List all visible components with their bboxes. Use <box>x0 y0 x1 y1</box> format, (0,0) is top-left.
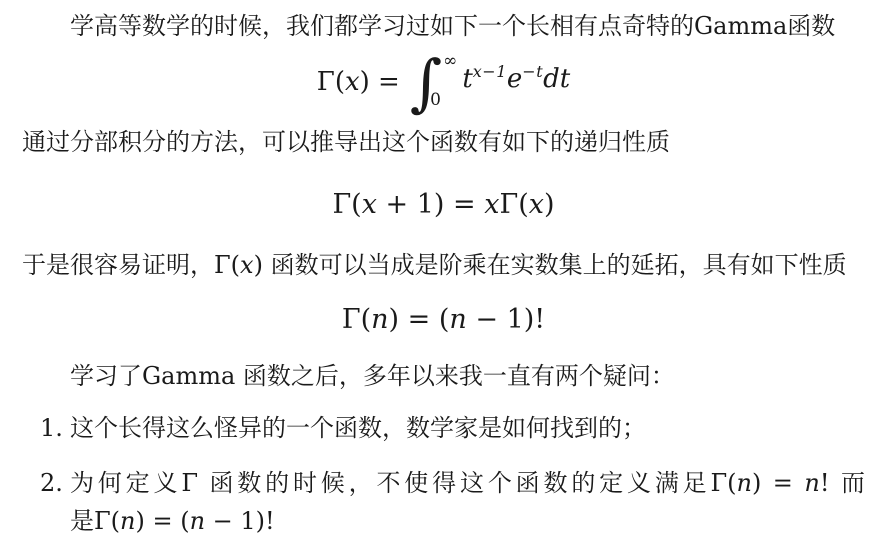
integral-upper-limit-infinity: ∞ <box>443 53 457 70</box>
math-var-x: x <box>240 251 254 279</box>
inline-math-gamma-x: Γ(x) <box>214 251 263 279</box>
math-differential-dt: dt <box>543 64 570 94</box>
list-item-2: 2. 为何定义Γ 函数的时候，不使得这个函数的定义满足Γ(n) = n! 而 是… <box>22 467 865 538</box>
math-gamma-open-paren: Γ( <box>332 189 361 220</box>
math-var-x: x <box>345 67 360 97</box>
list-item-2-line-2: 是Γ(n) = (n − 1)! <box>70 505 865 537</box>
math-minus-one-factorial: − 1)! <box>467 304 545 335</box>
paragraph-factorial-extension: 于是很容易证明，Γ(x) 函数可以当成是阶乘在实数集上的延拓，具有如下性质 <box>22 249 865 281</box>
math-gamma-open-paren: Γ( <box>499 189 528 220</box>
text-run: 于是很容易证明， <box>22 251 214 279</box>
math-var-x: x <box>529 189 544 220</box>
math-var-x: x <box>484 189 499 220</box>
integral-limits: ∞ 0 <box>442 50 456 115</box>
math-var-t: t <box>462 64 472 94</box>
math-close-paren: ) <box>544 189 555 220</box>
math-factorial-bang: ! <box>820 469 830 497</box>
formula-recurrence: Γ(x + 1) = xΓ(x) <box>22 187 865 223</box>
math-gamma-open-paren: Γ( <box>317 67 345 97</box>
list-item-1: 1. 这个长得这么怪异的一个函数，数学家是如何找到的； <box>22 412 865 444</box>
inline-math-gamma-symbol: Γ <box>181 469 198 497</box>
math-minus-one-factorial: − 1)! <box>205 507 275 535</box>
math-gamma-open-paren: Γ( <box>342 304 371 335</box>
math-var-n: n <box>371 304 388 335</box>
list-item-1-number: 1. <box>40 412 63 444</box>
math-var-n: n <box>737 469 752 497</box>
math-plus-one-equals: + 1) = <box>377 189 484 220</box>
text-run: 函数的时候，不使得这个函数的定义满足 <box>198 469 711 497</box>
formula-integrand: tx−1e−tdt <box>462 62 570 94</box>
math-var-n: n <box>804 469 819 497</box>
text-run: 为何定义 <box>70 469 181 497</box>
paragraph-questions-intro: 学习了Gamma 函数之后，多年以来我一直有两个疑问： <box>22 360 865 392</box>
formula-factorial-identity: Γ(n) = (n − 1)! <box>22 302 865 338</box>
math-equals: ) = <box>752 469 804 497</box>
list-item-2-number: 2. <box>40 467 63 499</box>
math-var-n: n <box>190 507 205 535</box>
list-item-2-line-1: 为何定义Γ 函数的时候，不使得这个函数的定义满足Γ(n) = n! 而 <box>70 467 865 499</box>
formula-gamma-definition: Γ(x) = ∫ ∞ 0 tx−1e−tdt <box>22 46 865 118</box>
math-gamma-open-paren: Γ( <box>94 507 120 535</box>
math-close-paren: ) <box>254 251 263 279</box>
math-var-x: x <box>362 189 377 220</box>
math-exponent-minus-t: −t <box>522 62 543 81</box>
math-equals-open-paren: ) = ( <box>135 507 189 535</box>
math-close-paren-equals: ) = <box>360 67 400 97</box>
inline-math-gamma-n-equals-n-minus-1-factorial: Γ(n) = (n − 1)! <box>94 507 275 535</box>
list-item-1-text: 这个长得这么怪异的一个函数，数学家是如何找到的； <box>70 414 646 442</box>
text-run: 是 <box>70 507 94 535</box>
math-var-n: n <box>449 304 466 335</box>
math-gamma-open-paren: Γ( <box>214 251 240 279</box>
inline-math-gamma-n-equals-n-factorial: Γ(n) = n! <box>711 469 830 497</box>
math-gamma-open-paren: Γ( <box>711 469 737 497</box>
article-page: 学高等数学的时候，我们都学习过如下一个长相有点奇特的Gamma函数 Γ(x) =… <box>0 0 875 551</box>
formula-lhs: Γ(x) = <box>317 67 400 97</box>
integral-group: ∫ ∞ 0 <box>410 50 456 115</box>
math-var-n: n <box>120 507 135 535</box>
text-run: 而 <box>830 469 865 497</box>
paragraph-intro: 学高等数学的时候，我们都学习过如下一个长相有点奇特的Gamma函数 <box>22 10 865 42</box>
math-var-e: e <box>507 64 522 94</box>
paragraph-recurrence-intro: 通过分部积分的方法，可以推导出这个函数有如下的递归性质 <box>22 126 865 158</box>
math-equals-open-paren: ) = ( <box>389 304 450 335</box>
text-run: 函数可以当成是阶乘在实数集上的延拓，具有如下性质 <box>263 251 847 279</box>
math-exponent-x-minus-1: x−1 <box>473 62 507 81</box>
integral-lower-limit-zero: 0 <box>430 92 444 109</box>
